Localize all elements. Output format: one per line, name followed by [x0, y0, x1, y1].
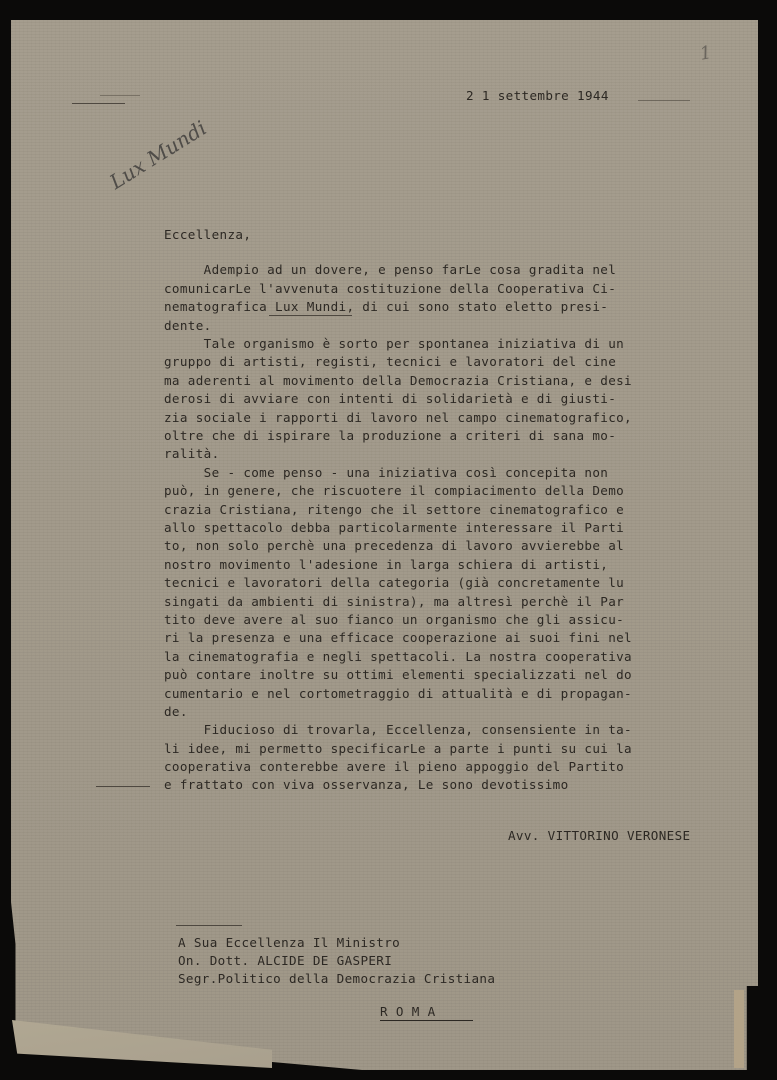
body-line: singati da ambienti di sinistra), ma alt…: [164, 594, 624, 609]
body-line: derosi di avviare con intenti di solidar…: [164, 391, 616, 406]
paper-edge: [734, 990, 744, 1068]
date-rule: [638, 100, 690, 101]
body-line: può contare inoltre su ottimi elementi s…: [164, 667, 632, 682]
margin-rule: [100, 95, 140, 96]
body-line: e frattato con viva osservanza, Le sono …: [164, 777, 569, 792]
body-line: ralità.: [164, 446, 220, 461]
body-line: cooperativa conterebbe avere il pieno ap…: [164, 759, 624, 774]
margin-rule: [72, 103, 125, 104]
body-line: Fiducioso di trovarla, Eccellenza, conse…: [164, 722, 632, 737]
body-line: oltre che di ispirare la produzione a cr…: [164, 428, 616, 443]
salutation: Eccellenza,: [164, 227, 251, 242]
letter-date: 2 1 settembre 1944: [466, 88, 609, 103]
lux-mundi-underline: [269, 315, 352, 316]
body-line: Se - come penso - una iniziativa così co…: [164, 465, 608, 480]
body-line: nostro movimento l'adesione in larga sch…: [164, 557, 608, 572]
city: R O M A: [380, 1004, 436, 1019]
body-line: nematografica Lux Mundi, di cui sono sta…: [164, 299, 608, 314]
address-rule: [176, 925, 242, 926]
margin-rule: [96, 786, 150, 787]
body-line: può, in genere, che riscuotere il compia…: [164, 483, 624, 498]
body-line: de.: [164, 704, 188, 719]
body-line: tecnici e lavoratori della categoria (gi…: [164, 575, 624, 590]
body-line: crazia Cristiana, ritengo che il settore…: [164, 502, 624, 517]
body-line: to, non solo perchè una precedenza di la…: [164, 538, 624, 553]
city-underline: [380, 1020, 473, 1021]
signature: Avv. VITTORINO VERONESE: [508, 828, 690, 843]
body-line: ma aderenti al movimento della Democrazi…: [164, 373, 632, 388]
body-line: zia sociale i rapporti di lavoro nel cam…: [164, 410, 632, 425]
body-line: ri la presenza e una efficace cooperazio…: [164, 630, 632, 645]
body-line: cumentario e nel cortometraggio di attua…: [164, 686, 632, 701]
body-line: tito deve avere al suo fianco un organis…: [164, 612, 624, 627]
body-line: Tale organismo è sorto per spontanea ini…: [164, 336, 624, 351]
body-line: comunicarLe l'avvenuta costituzione dell…: [164, 281, 616, 296]
address-line: Segr.Politico della Democrazia Cristiana: [178, 971, 495, 986]
body-line: li idee, mi permetto specificarLe a part…: [164, 741, 632, 756]
address-line: On. Dott. ALCIDE DE GASPERI: [178, 953, 392, 968]
body-line: gruppo di artisti, registi, tecnici e la…: [164, 354, 616, 369]
body-line: la cinematografia e negli spettacoli. La…: [164, 649, 632, 664]
address-line: A Sua Eccellenza Il Ministro: [178, 935, 400, 950]
body-line: Adempio ad un dovere, e penso farLe cosa…: [164, 262, 616, 277]
body-line: allo spettacolo debba particolarmente in…: [164, 520, 624, 535]
body-line: dente.: [164, 318, 212, 333]
